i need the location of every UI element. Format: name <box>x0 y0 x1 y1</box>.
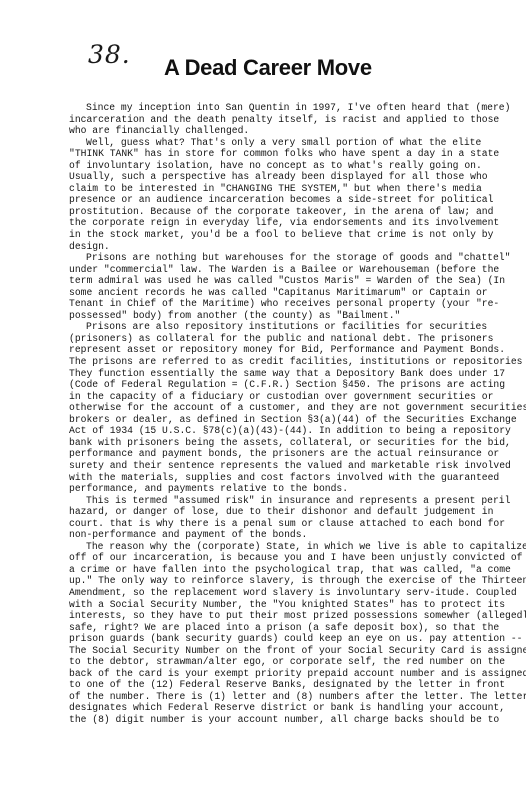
text-line: to the debtor, strawman/alter ego, or co… <box>69 656 526 668</box>
text-line: This is termed "assumed risk" in insuran… <box>69 495 526 507</box>
chapter-number: 38. <box>88 40 131 69</box>
body-text: Since my inception into San Quentin in 1… <box>69 102 526 726</box>
text-line: with a Social Security Number, the "You … <box>69 599 526 611</box>
text-line: surety and their sentence represents the… <box>69 460 526 472</box>
text-line: possessed" body) from another (the count… <box>69 310 526 322</box>
text-line: of the number. There is (1) letter and (… <box>69 691 526 703</box>
text-line: the corporate reign in everyday life, vi… <box>69 217 526 229</box>
text-line: Well, guess what? That's only a very sma… <box>69 137 526 149</box>
text-line: Prisons are also repository institutions… <box>69 321 526 333</box>
text-line: Amendment, so the replacement word slave… <box>69 587 526 599</box>
text-line: represent asset or repository money for … <box>69 344 526 356</box>
text-line: the (8) digit number is your account num… <box>69 714 526 726</box>
text-line: (prisoners) as collateral for the public… <box>69 333 526 345</box>
text-line: The reason why the (corporate) State, in… <box>69 541 526 553</box>
text-line: brokers or dealer, as defined in Section… <box>69 414 526 426</box>
text-line: safe, right? We are placed into a prison… <box>69 622 526 634</box>
text-line: bank with prisoners being the assets, co… <box>69 437 526 449</box>
text-line: some ancient records he was called "Capi… <box>69 287 526 299</box>
text-line: back of the card is your exempt priority… <box>69 668 526 680</box>
text-line: The prisons are referred to as credit fa… <box>69 356 526 368</box>
text-line: in the stock market, you'd be a fool to … <box>69 229 526 241</box>
text-line: claim to be interested in "CHANGING THE … <box>69 183 526 195</box>
text-line: of involuntary isolation, have no concep… <box>69 160 526 172</box>
text-line: performance and payment bonds, the priso… <box>69 448 526 460</box>
text-line: up." The only way to reinforce slavery, … <box>69 575 526 587</box>
text-line: designates which Federal Reserve distric… <box>69 702 526 714</box>
text-line: otherwise for the account of a customer,… <box>69 402 526 414</box>
text-line: Since my inception into San Quentin in 1… <box>69 102 526 114</box>
text-line: to one of the (12) Federal Reserve Banks… <box>69 679 526 691</box>
text-line: incarceration and the death penalty itse… <box>69 114 526 126</box>
text-line: design. <box>69 241 526 253</box>
text-line: prostitution. Because of the corporate t… <box>69 206 526 218</box>
page-title: A Dead Career Move <box>164 55 372 81</box>
text-line: under "commercial" law. The Warden is a … <box>69 264 526 276</box>
text-line: off of our incarceration, is because you… <box>69 552 526 564</box>
text-line: interests, so they have to put their mos… <box>69 610 526 622</box>
text-line: Prisons are nothing but warehouses for t… <box>69 252 526 264</box>
text-line: non-performance and payment of the bonds… <box>69 529 526 541</box>
text-line: presence or an audience incarceration be… <box>69 194 526 206</box>
text-line: court. that is why there is a penal sum … <box>69 518 526 530</box>
text-line: prison guards (bank security guards) cou… <box>69 633 526 645</box>
text-line: "THINK TANK" has in store for common fol… <box>69 148 526 160</box>
text-line: Tenant in Chief of the Maritime) who rec… <box>69 298 526 310</box>
text-line: hazard, or danger of lose, due to their … <box>69 506 526 518</box>
text-line: who are financially challenged. <box>69 125 526 137</box>
text-line: performance, and payments relative to th… <box>69 483 526 495</box>
text-line: term admiral was used he was called "Cus… <box>69 275 526 287</box>
text-line: (Code of Federal Regulation = (C.F.R.) S… <box>69 379 526 391</box>
text-line: in the capacity of a fiduciary or custod… <box>69 391 526 403</box>
text-line: The Social Security Number on the front … <box>69 645 526 657</box>
text-line: Usually, such a perspective has already … <box>69 171 526 183</box>
text-line: Act of 1934 (15 U.S.C. §78(c)(a)(43)-(44… <box>69 425 526 437</box>
text-line: They function essentially the same way t… <box>69 368 526 380</box>
text-line: a crime or have fallen into the psycholo… <box>69 564 526 576</box>
text-line: with the materials, supplies and cost fa… <box>69 472 526 484</box>
